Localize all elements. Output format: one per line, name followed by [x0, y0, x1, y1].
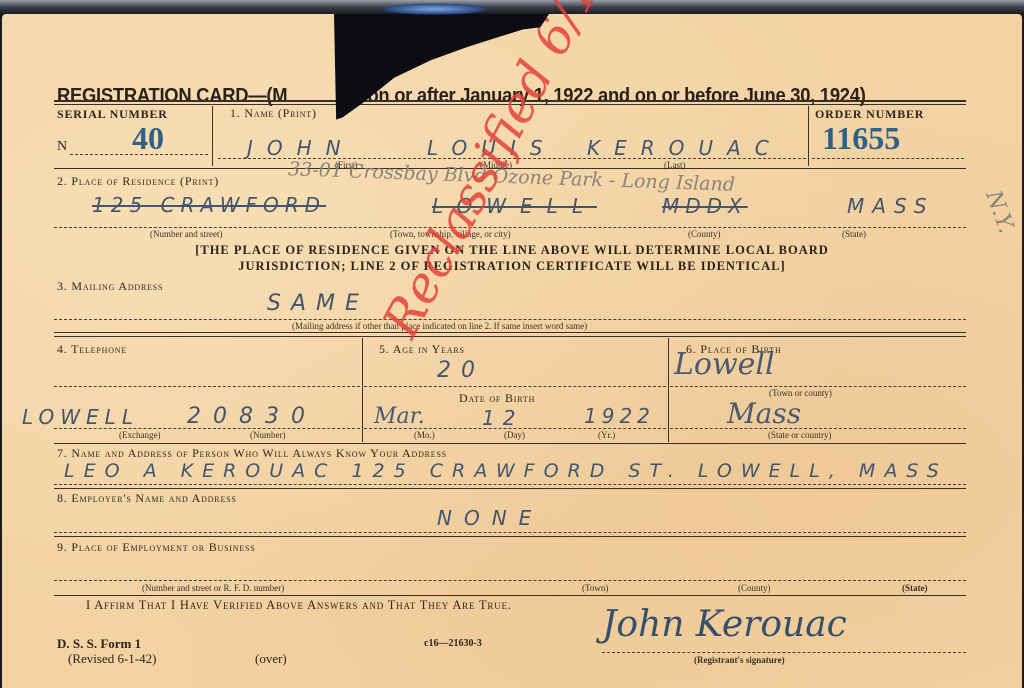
- rule: [54, 227, 966, 228]
- rule: [54, 428, 360, 429]
- dob-year: 1922: [584, 404, 655, 428]
- rule: [364, 386, 666, 387]
- caption-emp-town: (Town): [582, 583, 608, 593]
- residence-label: 2. Place of Residence (Print): [57, 174, 219, 189]
- rule: [54, 319, 966, 320]
- rule: [54, 443, 966, 444]
- birthplace-state: Mass: [727, 397, 801, 430]
- caption-street: (Number and street): [150, 229, 222, 239]
- dob-day: 12: [482, 406, 523, 430]
- rule: [54, 488, 966, 489]
- mailing-caption: (Mailing address if other than place ind…: [292, 321, 587, 331]
- form-revised: (Revised 6-1-42): [68, 651, 156, 667]
- registrant-signature: John Kerouac: [602, 604, 847, 645]
- jurisdiction-notice-2: JURISDICTION; LINE 2 OF REGISTRATION CER…: [112, 259, 912, 274]
- serial-number: 40: [132, 120, 164, 157]
- rule: [54, 336, 966, 337]
- contact-value: LEO A KEROUAC 125 CRAWFORD ST. LOWELL, M…: [64, 460, 948, 482]
- affirmation-text: I Affirm That I Have Verified Above Answ…: [86, 598, 512, 613]
- name-last: KEROUAC: [587, 136, 783, 160]
- form-number: D. S. S. Form 1: [57, 636, 141, 652]
- rule: [670, 428, 966, 429]
- age-value: 20: [437, 358, 485, 383]
- name-first: JOHN: [247, 136, 355, 160]
- rule: [54, 484, 966, 485]
- caption-county: (County): [688, 229, 721, 239]
- residence-county: MDDX: [662, 194, 748, 218]
- caption-emp-street: (Number and street or R. F. D. number): [142, 583, 284, 593]
- rule: [54, 580, 966, 581]
- rule: [364, 428, 666, 429]
- caption-month: (Mo.): [414, 430, 435, 440]
- dob-label: Date of Birth: [459, 391, 535, 406]
- caption-emp-state: (State): [902, 583, 928, 593]
- residence-state: MASS: [847, 194, 935, 218]
- contact-label: 7. Name and Address of Person Who Will A…: [57, 446, 447, 461]
- caption-birth-state: (State or country): [768, 430, 831, 440]
- rule: [54, 332, 966, 333]
- mailing-label: 3. Mailing Address: [57, 279, 163, 294]
- rule: [602, 652, 966, 653]
- rule: [54, 532, 966, 533]
- employer-value: NONE: [437, 506, 543, 530]
- caption-number: (Number): [250, 430, 286, 440]
- caption-state: (State): [842, 229, 866, 239]
- rule: [670, 386, 966, 387]
- scan-glare: [380, 3, 490, 15]
- over-note: (over): [255, 651, 287, 667]
- rule: [808, 106, 809, 166]
- caption-exchange: (Exchange): [119, 430, 160, 440]
- residence-street: 125 CRAWFORD: [92, 193, 326, 217]
- rule: [54, 536, 966, 537]
- print-code: c16—21630-3: [424, 638, 482, 649]
- telephone-label: 4. Telephone: [57, 342, 127, 357]
- order-number: 11655: [822, 120, 900, 157]
- jurisdiction-notice-1: [THE PLACE OF RESIDENCE GIVEN ON THE LIN…: [112, 243, 912, 258]
- registration-card: REGISTRATION CARD—(Mn on or after Januar…: [2, 14, 1022, 688]
- rule: [668, 338, 669, 442]
- mailing-value: SAME: [267, 291, 369, 316]
- rule: [362, 338, 363, 442]
- rule: [812, 158, 964, 159]
- rule: [70, 154, 208, 155]
- signature-caption: (Registrant's signature): [694, 655, 785, 665]
- rule: [54, 386, 360, 387]
- caption-year: (Yr.): [598, 430, 615, 440]
- name-label: 1. Name (Print): [230, 106, 317, 121]
- rule: [212, 106, 213, 166]
- serial-prefix: N: [57, 139, 67, 155]
- rule: [54, 595, 966, 596]
- residence-pencil-margin: N.Y.: [980, 187, 1018, 236]
- caption-emp-county: (County): [738, 583, 771, 593]
- caption-day: (Day): [504, 430, 525, 440]
- dob-month: Mar.: [374, 404, 425, 429]
- telephone-number: 20830: [187, 404, 317, 429]
- employment-label: 9. Place of Employment or Business: [57, 540, 256, 555]
- employer-label: 8. Employer's Name and Address: [57, 491, 237, 506]
- telephone-exchange: LOWELL: [22, 405, 139, 429]
- birthplace-town: Lowell: [674, 347, 775, 382]
